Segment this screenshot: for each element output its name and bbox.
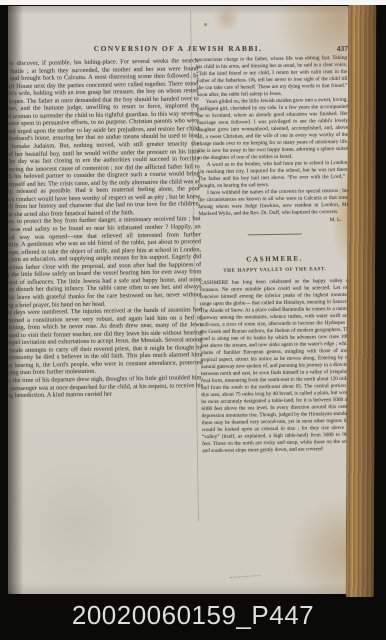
running-head: CONVERSION OF A JEWISH RABBI.	[28, 44, 328, 53]
archive-watermark-text: 20020060159_P447	[0, 600, 386, 631]
photo-top-light-strip	[0, 0, 386, 5]
left-column: mined to discover, if possible, his hidi…	[8, 57, 203, 400]
right-column-top: unconscious charge to the father, whose …	[196, 55, 350, 218]
book-fore-edge-pages	[346, 5, 377, 597]
scanned-photo-frame: CONVERSION OF A JEWISH RABBI. 437 mined …	[0, 0, 386, 640]
text-columns: mined to discover, if possible, his hidi…	[8, 55, 350, 590]
right-column: unconscious charge to the father, whose …	[196, 55, 350, 455]
section-divider-rule	[247, 234, 301, 236]
paragraph: Years glided on, the little Jewish maide…	[197, 97, 349, 162]
paragraph: I have withheld the names of the convert…	[198, 188, 349, 218]
paragraph: His days were numbered. The injuries rec…	[8, 306, 203, 377]
ink-speck	[204, 23, 207, 26]
book-page: CONVERSION OF A JEWISH RABBI. 437 mined …	[8, 6, 350, 594]
page-number: 437	[316, 44, 348, 53]
article-subtitle: THE HAPPY VALLEY OF THE EAST.	[199, 266, 350, 275]
paragraph: Now, to protect the boy from further dan…	[8, 216, 202, 310]
paragraph: As the time of his departure drew nigh, …	[8, 374, 203, 400]
paragraph: A word as to the brother, who had been p…	[198, 160, 349, 190]
article-title: CASHMERE.	[199, 255, 350, 264]
author-signature: M. L.	[199, 217, 350, 226]
paragraph: mined to discover, if possible, his hidi…	[8, 57, 200, 219]
article-body: CASHMERE has long been celebrated as the…	[200, 278, 350, 455]
paragraph: unconscious charge to the father, whose …	[196, 55, 348, 99]
paragraph: CASHMERE has long been celebrated as the…	[200, 278, 350, 455]
